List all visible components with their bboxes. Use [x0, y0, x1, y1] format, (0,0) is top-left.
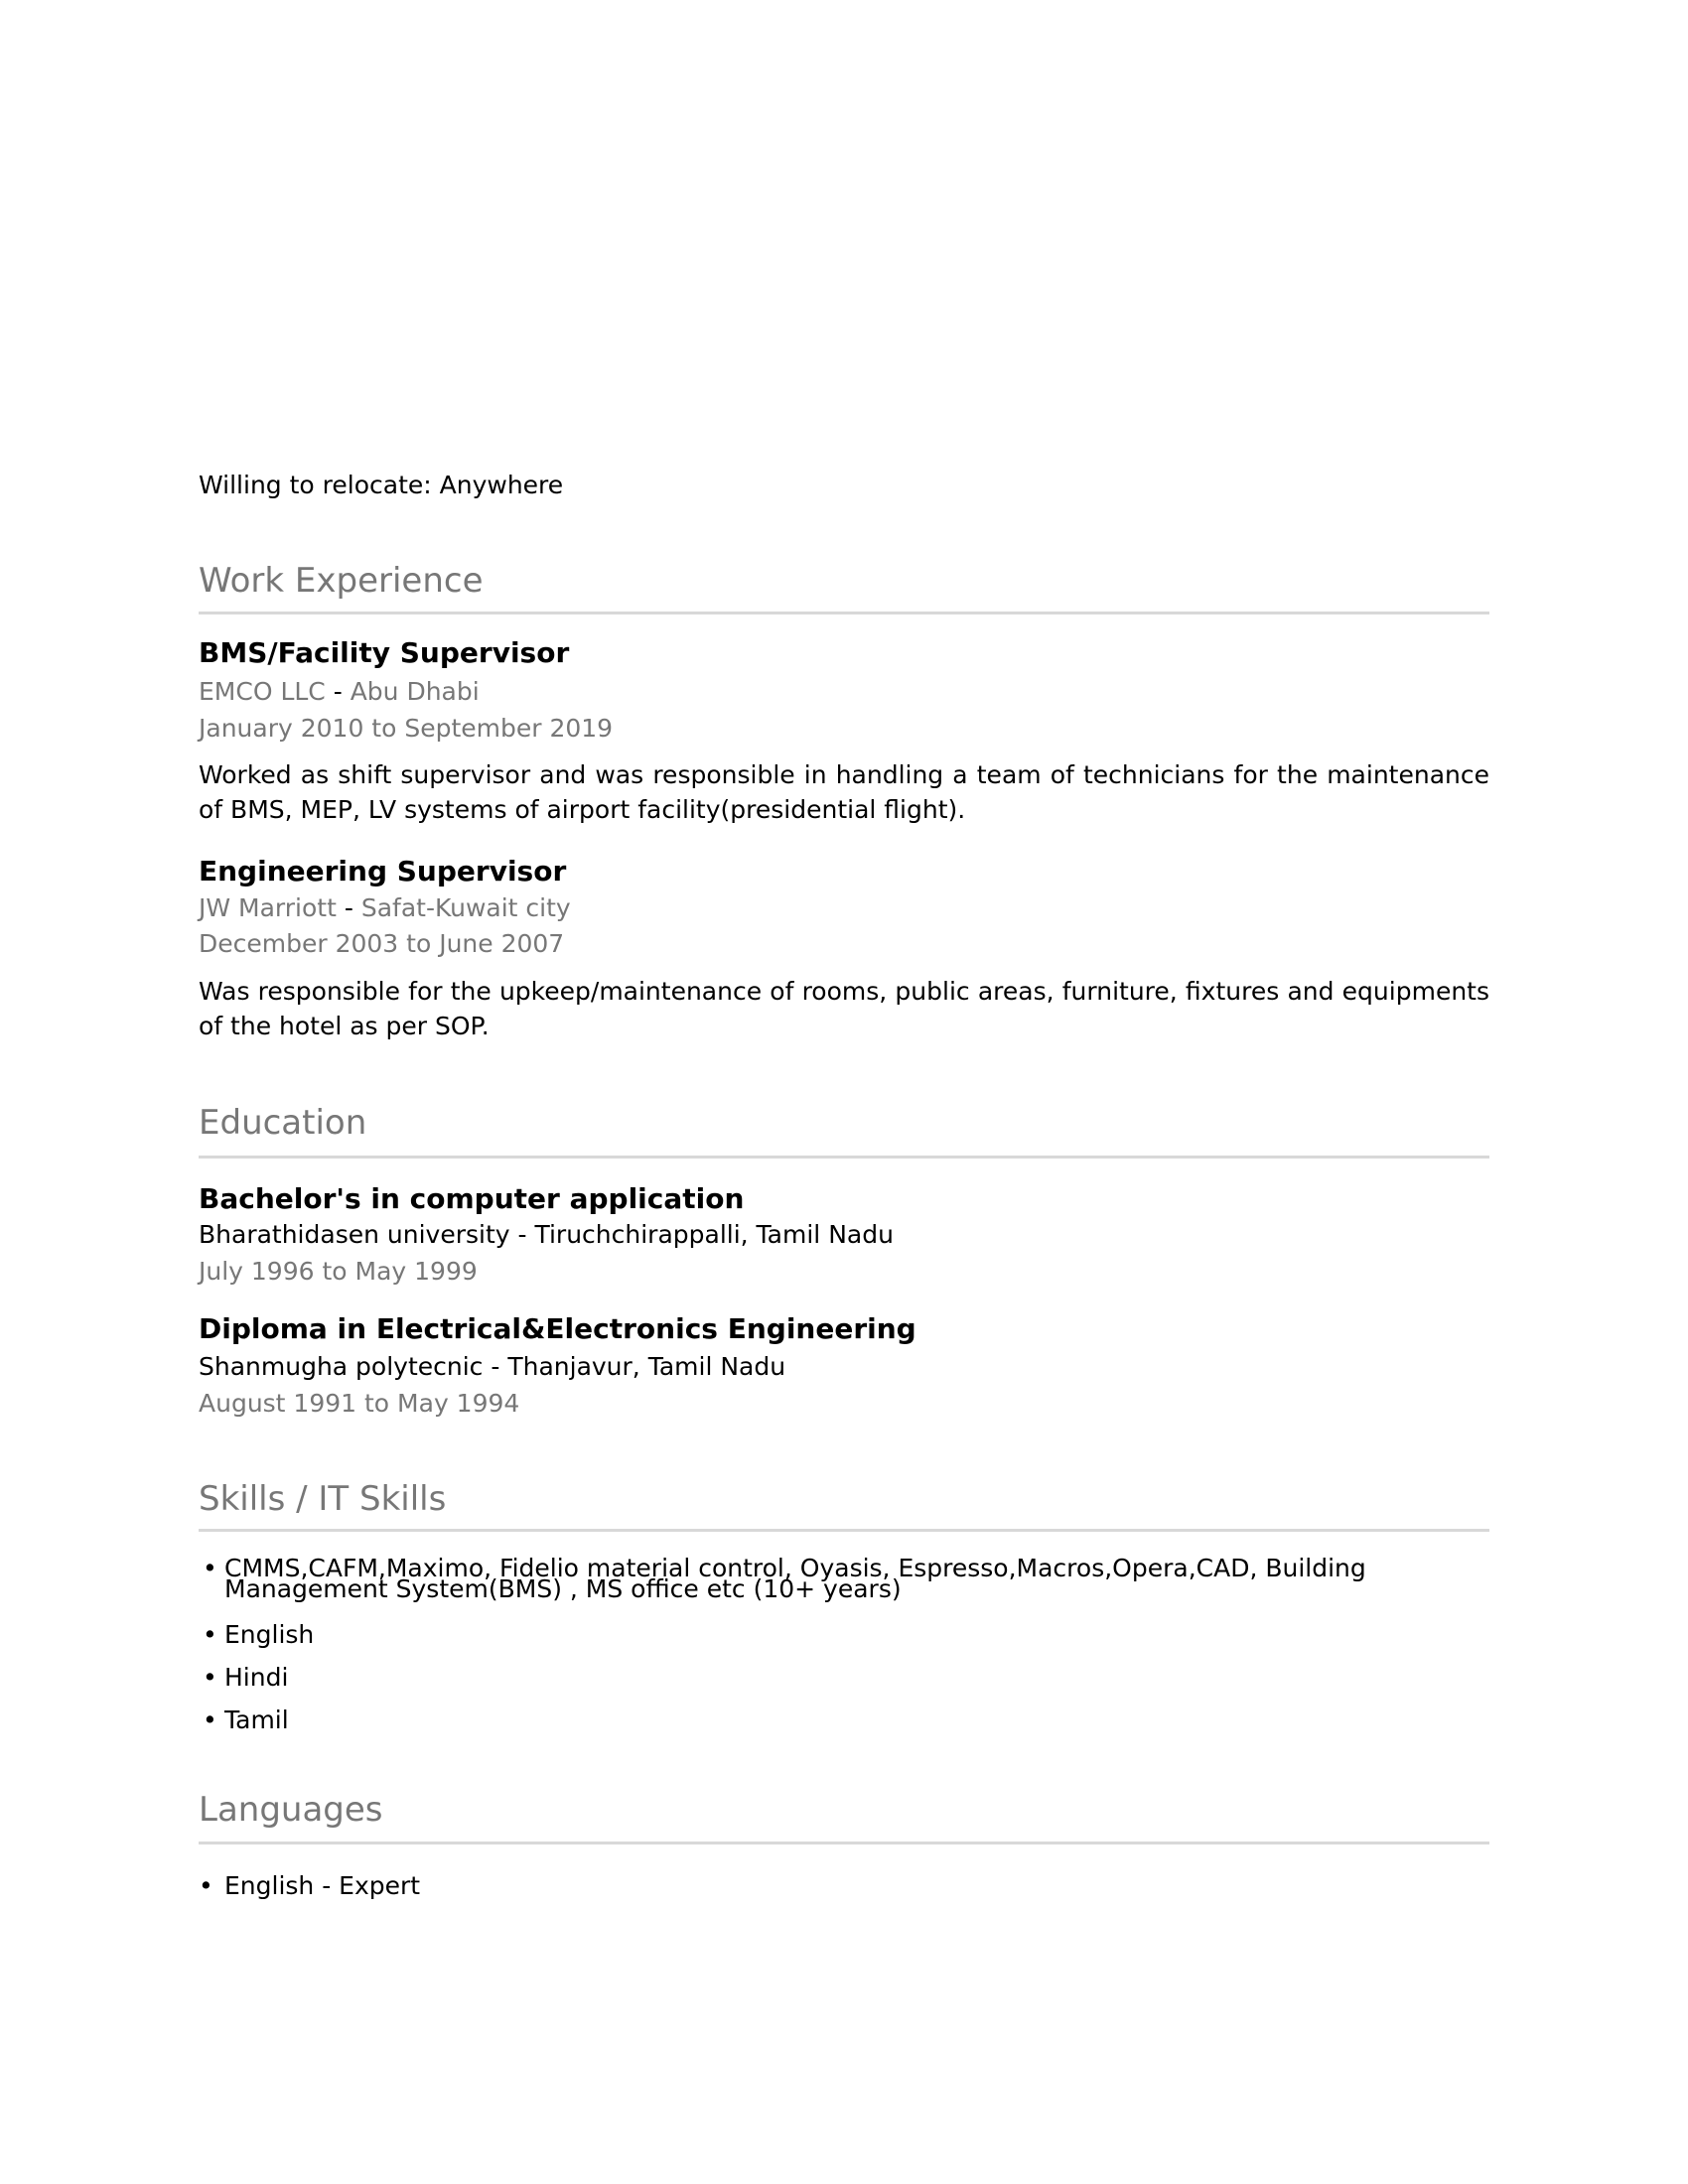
bullet-icon: • — [203, 1703, 217, 1737]
section-divider — [199, 1156, 1489, 1159]
skill-text: English — [224, 1617, 1489, 1652]
section-title-work-experience: Work Experience — [199, 561, 1489, 601]
job-company-line: JW Marriott - Safat-Kuwait city — [199, 890, 1489, 925]
institution: Bharathidasen university - Tiruchchirapp… — [199, 1217, 1489, 1252]
section-divider — [199, 612, 1489, 614]
job-separator: - — [326, 677, 351, 706]
degree-title: Diploma in Electrical&Electronics Engine… — [199, 1312, 1489, 1346]
section-divider — [199, 1529, 1489, 1532]
job-company: EMCO LLC — [199, 677, 326, 706]
job-title: Engineering Supervisor — [199, 855, 1489, 888]
job-dates: December 2003 to June 2007 — [199, 926, 1489, 961]
job-separator: - — [337, 893, 361, 922]
skill-text: Tamil — [224, 1703, 1489, 1737]
section-divider — [199, 1842, 1489, 1844]
job-location: Abu Dhabi — [351, 677, 480, 706]
bullet-icon: • — [203, 1617, 217, 1652]
job-title: BMS/Facility Supervisor — [199, 636, 1489, 670]
bullet-icon: • — [203, 1558, 217, 1578]
skill-text: CMMS,CAFM,Maximo, Fidelio material contr… — [224, 1558, 1489, 1599]
section-title-education: Education — [199, 1103, 1489, 1143]
job-description: Was responsible for the upkeep/maintenan… — [199, 974, 1489, 1043]
bullet-icon: • — [199, 1868, 213, 1903]
education-dates: July 1996 to May 1999 — [199, 1254, 1489, 1289]
job-description: Worked as shift supervisor and was respo… — [199, 757, 1489, 827]
relocation-preference: Willing to relocate: Anywhere — [199, 468, 1489, 502]
section-title-skills: Skills / IT Skills — [199, 1479, 1489, 1519]
job-location: Safat-Kuwait city — [361, 893, 571, 922]
skill-text: Hindi — [224, 1660, 1489, 1695]
job-company: JW Marriott — [199, 893, 337, 922]
institution: Shanmugha polytecnic - Thanjavur, Tamil … — [199, 1349, 1489, 1384]
job-company-line: EMCO LLC - Abu Dhabi — [199, 674, 1489, 709]
language-text: English - Expert — [224, 1868, 1489, 1903]
bullet-icon: • — [203, 1660, 217, 1695]
degree-title: Bachelor's in computer application — [199, 1182, 1489, 1216]
section-title-languages: Languages — [199, 1790, 1489, 1830]
education-dates: August 1991 to May 1994 — [199, 1386, 1489, 1421]
job-dates: January 2010 to September 2019 — [199, 711, 1489, 746]
